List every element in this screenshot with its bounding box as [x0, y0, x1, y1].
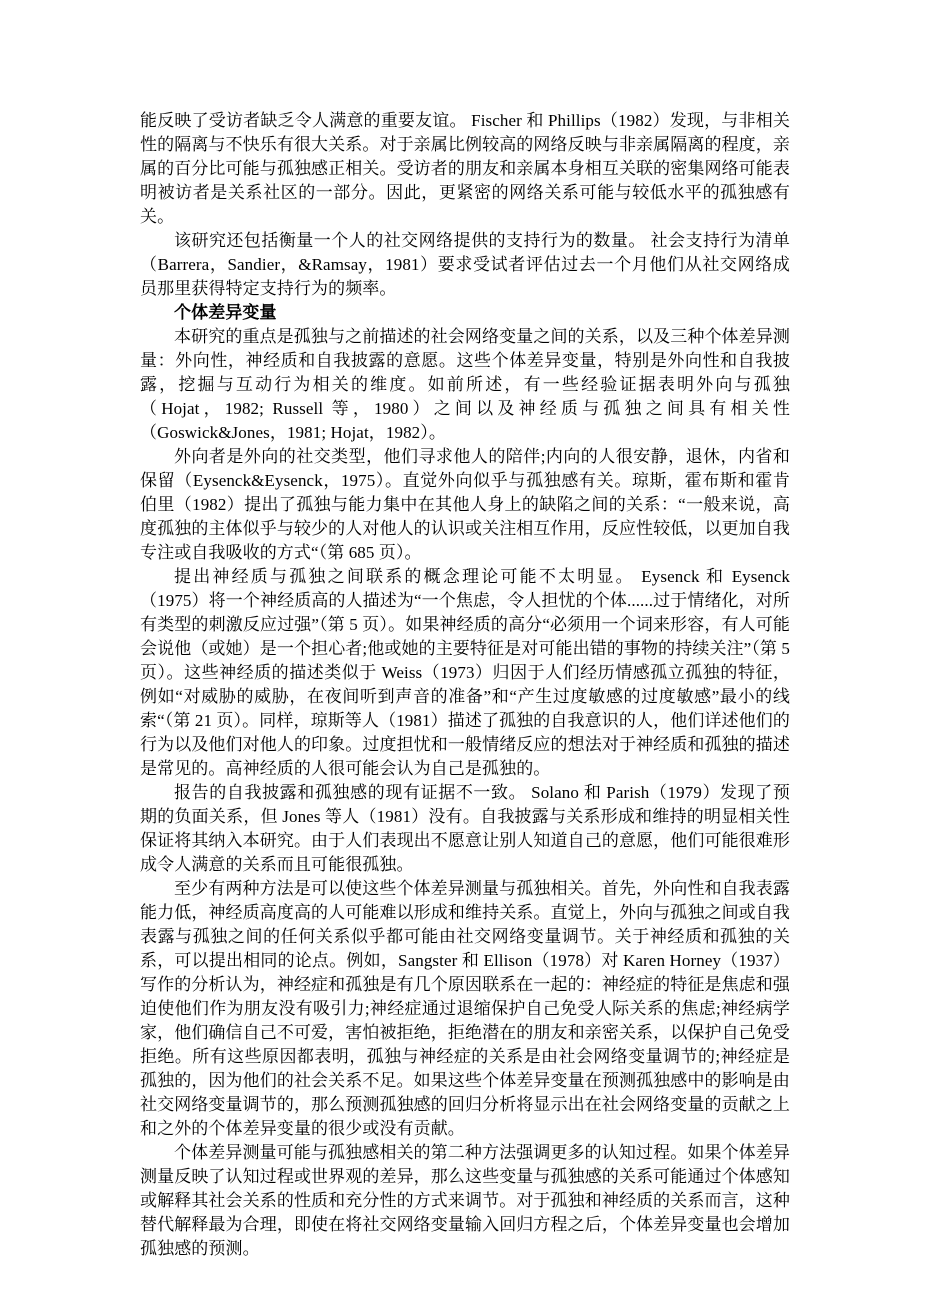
paragraph-cognitive-process: 个体差异测量可能与孤独感相关的第二种方法强调更多的认知过程。如果个体差异测量反映…	[140, 1141, 790, 1261]
paragraph-two-methods: 至少有两种方法是可以使这些个体差异测量与孤独相关。首先，外向性和自我表露能力低，…	[140, 877, 790, 1141]
paragraph-self-disclosure: 报告的自我披露和孤独感的现有证据不一致。 Solano 和 Parish（197…	[140, 781, 790, 877]
paragraph-extraversion: 外向者是外向的社交类型，他们寻求他人的陪伴;内向的人很安静，退休，内省和保留（E…	[140, 445, 790, 565]
section-heading-individual-difference-variables: 个体差异变量	[140, 301, 790, 325]
paragraph-continuation: 能反映了受访者缺乏令人满意的重要友谊。 Fischer 和 Phillips（1…	[140, 109, 790, 229]
paragraph-neuroticism: 提出神经质与孤独之间联系的概念理论可能不太明显。 Eysenck 和 Eysen…	[140, 565, 790, 781]
document-text-block: 能反映了受访者缺乏令人满意的重要友谊。 Fischer 和 Phillips（1…	[140, 109, 790, 1261]
paragraph-study-focus: 本研究的重点是孤独与之前描述的社会网络变量之间的关系，以及三种个体差异测量：外向…	[140, 325, 790, 445]
document-page: 能反映了受访者缺乏令人满意的重要友谊。 Fischer 和 Phillips（1…	[0, 0, 925, 1308]
paragraph-social-support: 该研究还包括衡量一个人的社交网络提供的支持行为的数量。 社会支持行为清单（Bar…	[140, 229, 790, 301]
